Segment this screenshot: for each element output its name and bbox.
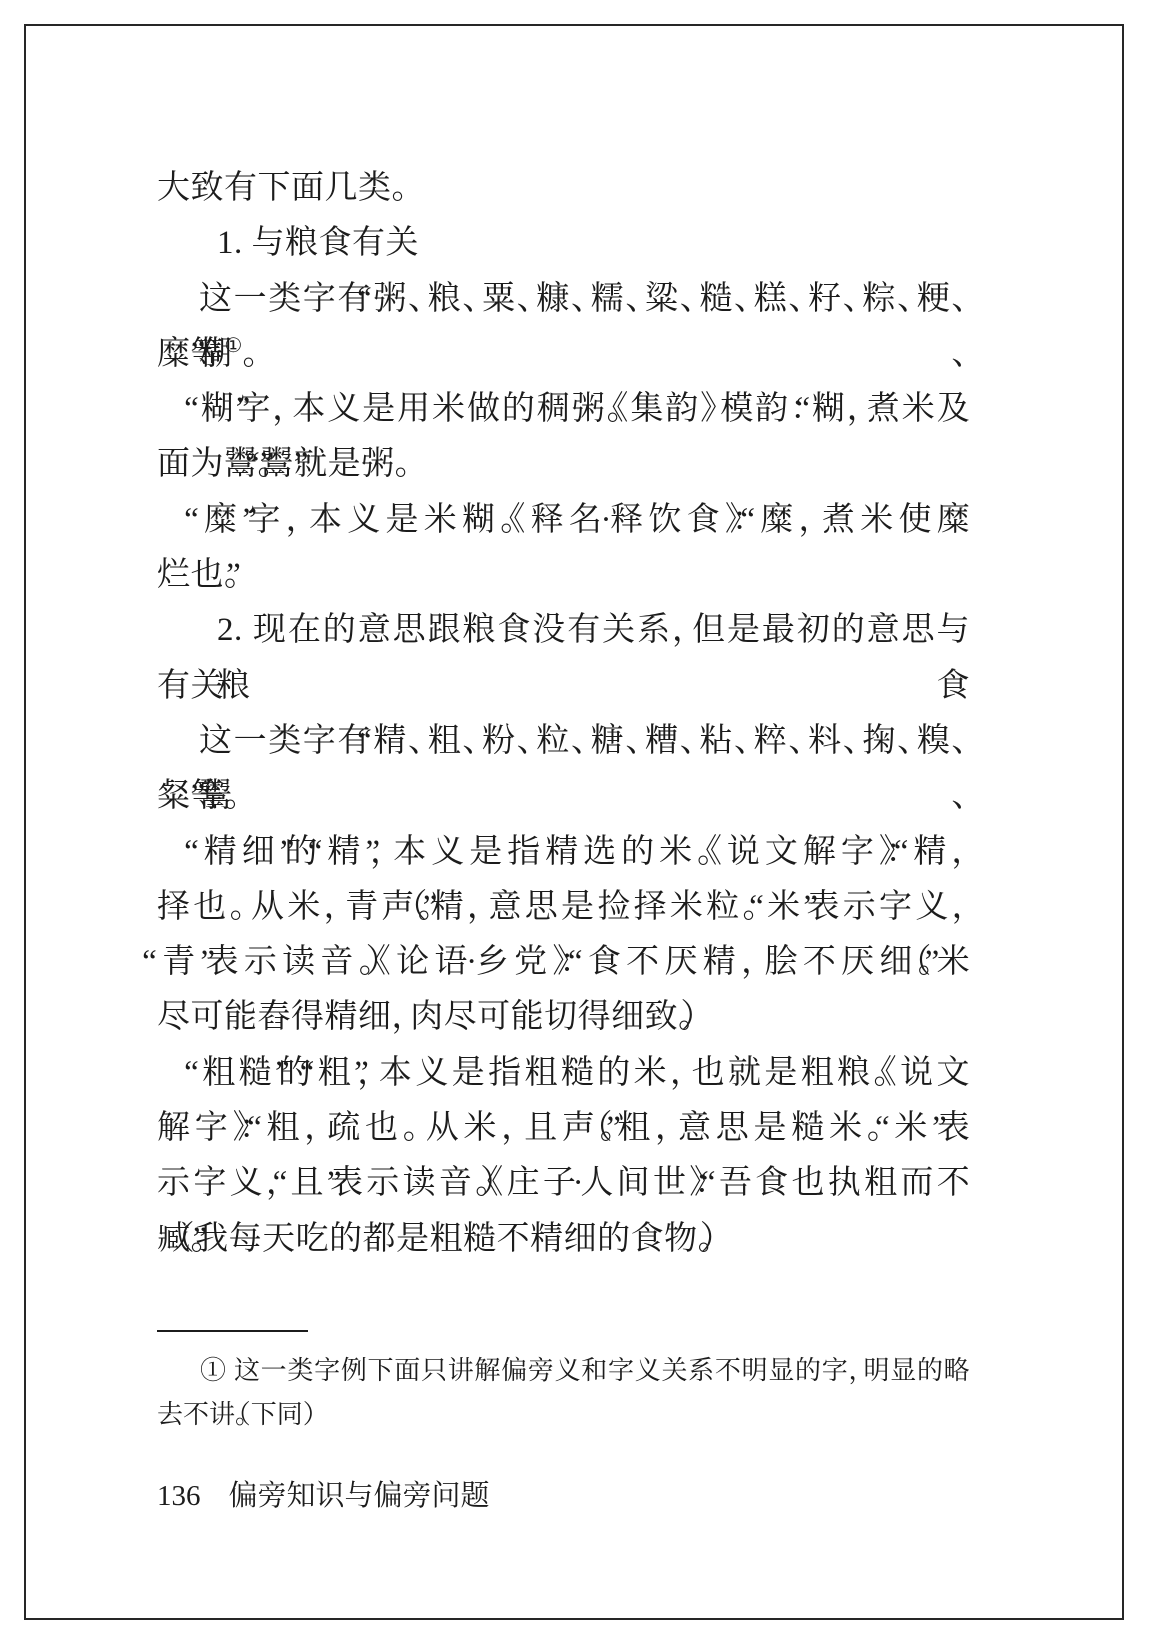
text-line: 这一类字有“粥、粮、粟、糠、糯、粱、糙、糕、籽、粽、粳、糊、 [157, 272, 970, 327]
running-title: 偏旁知识与偏旁问题 [229, 1478, 490, 1514]
page-number: 136 [157, 1478, 201, 1514]
text-line: 解字》：“粗，疏也。从米，且声。”（粗，意思是糙米。“米”表 [157, 1101, 970, 1156]
text-line: 烂也。” [157, 548, 970, 603]
text-line: “糜”字，本义是米糊。《释名·释饮食》：“糜，煮米使糜 [157, 493, 970, 548]
text-line: 这一类字有“精、粗、粉、粒、糖、糟、粘、粹、料、掬、糗、鬻、 [157, 714, 970, 769]
text-line: 面为鬻。”“鬻”就是粥。 [157, 437, 970, 492]
text-line: 2. 现在的意思跟粮食没有关系，但是最初的意思与粮食 [157, 603, 970, 658]
text-line: “粗糙”的“粗”，本义是指粗糙的米，也就是粗粮。《说文 [157, 1046, 970, 1101]
text-line: 臧。”（我每天吃的都是粗糙不精细的食物。） [157, 1212, 970, 1267]
footnote: ① 这一类字例下面只讲解偏旁义和字义关系不明显的字，明显的略去不讲。（下同） [157, 1349, 970, 1437]
text-line: 1. 与粮食有关 [157, 216, 970, 271]
text-line: “精细”的“精”，本义是指精选的米。《说文解字》：“精， [157, 825, 970, 880]
text-line: 择也。从米，青声。”（精，意思是捡择米粒。“米”表示字义， [157, 880, 970, 935]
footnote-separator [157, 1330, 308, 1332]
page-footer: 136 偏旁知识与偏旁问题 [157, 1478, 970, 1514]
text-line: 示字义，“且”表示读音。）《庄子·人间世》：“吾食也执粗而不 [157, 1156, 970, 1211]
book-page: 大致有下面几类。1. 与粮食有关这一类字有“粥、粮、粟、糠、糯、粱、糙、糕、籽、… [0, 0, 1150, 1646]
text-line: 去不讲。（下同） [157, 1393, 970, 1437]
body-text: 大致有下面几类。1. 与粮食有关这一类字有“粥、粮、粟、糠、糯、粱、糙、糕、籽、… [157, 161, 970, 1267]
text-line: 尽可能舂得精细，肉尽可能切得细致。） [157, 990, 970, 1045]
text-line: “青”表示读音。）《论语·乡党》：“食不厌精，脍不厌细。”（米 [157, 935, 970, 990]
text-line: “糊”字，本义是用米做的稠粥。《集韵》模韵：“糊，煮米及 [157, 382, 970, 437]
text-line: 大致有下面几类。 [157, 161, 970, 216]
text-line: ① 这一类字例下面只讲解偏旁义和字义关系不明显的字，明显的略 [157, 1349, 970, 1393]
